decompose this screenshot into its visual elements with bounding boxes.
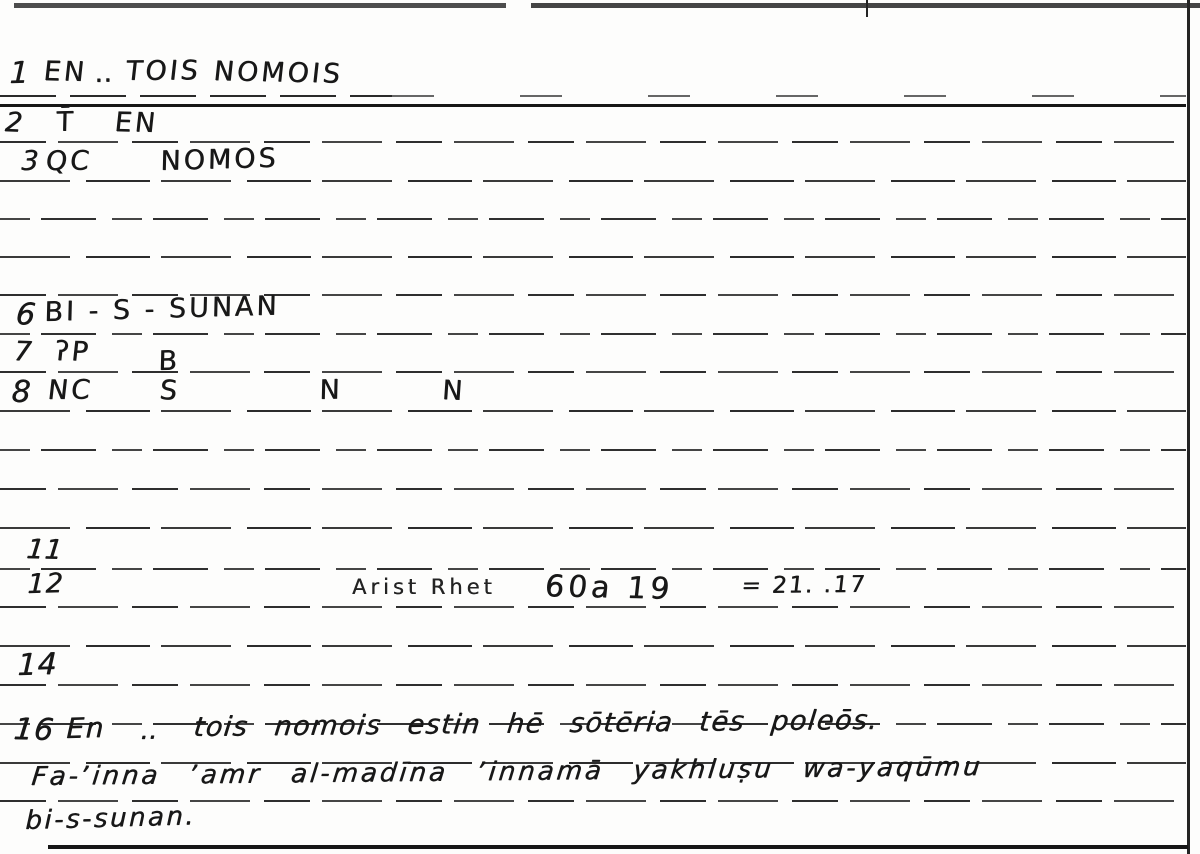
entry-row-14: 14 [0, 648, 1200, 686]
line-number: 7 [13, 336, 33, 368]
entry-row-6: 6 BI - S - SUNAN [0, 297, 1200, 337]
entry-row-1: 1 EN ‥ TOIS NOMOIS [0, 56, 1200, 100]
ruled-line [0, 645, 1186, 647]
greek-word: EN [113, 107, 160, 139]
citation-locus: 60a 19 [543, 569, 675, 607]
siglum: NC [46, 374, 95, 406]
arabic-sentence-line2: bi-s-sunan. [0, 806, 1200, 848]
ellipsis-mark: ‥ [140, 715, 160, 746]
scanned-index-card: 1 EN ‥ TOIS NOMOIS 2 T̄ EN 3 QC NOMOS 6 … [0, 0, 1200, 854]
entry-row-16: 16 En ‥ tois nomois estin hē sōtēria tēs… [0, 712, 1200, 756]
ruled-line [0, 527, 1186, 529]
line-number: 2 [4, 107, 24, 139]
entry-row-2: 2 T̄ EN [0, 107, 1200, 145]
siglum: N [319, 374, 343, 406]
line-number: 1 [9, 55, 30, 91]
top-border-segment [531, 3, 1200, 8]
top-border-segment [14, 3, 506, 8]
arabic-transliteration: BI - S - SUNAN [44, 290, 280, 328]
greek-headword: NOMOIS [212, 56, 344, 90]
entry-row-11: 11 [0, 534, 1200, 572]
arabic-transliteration-sentence: bi-s-sunan. [25, 801, 196, 836]
siglum: T̄ [56, 106, 76, 138]
line-number: 11 [25, 534, 65, 566]
siglum: B [158, 345, 180, 377]
cross-reference: = 21. .17 [740, 572, 868, 599]
siglum: ʔP [53, 336, 92, 368]
greek-headword: TOIS [124, 55, 202, 87]
ruled-line [0, 256, 1186, 258]
siglum: QC [44, 145, 94, 177]
entry-row-8: 8 NC S N N [0, 375, 1200, 415]
greek-sentence-start: En [66, 711, 105, 745]
entry-row-3: 3 QC NOMOS [0, 146, 1200, 184]
line-number: 6 [14, 297, 38, 332]
citation-author-work: Arist Rhet [352, 575, 496, 599]
greek-headword: EN [42, 56, 89, 88]
line-number: 3 [21, 145, 40, 177]
line-number: 14 [17, 647, 58, 683]
siglum: N [441, 375, 466, 407]
line-number: 16 [12, 712, 56, 748]
entry-row-7: 7 ʔP B [0, 336, 1200, 376]
top-border-tick [866, 0, 868, 17]
ruled-line [0, 488, 1186, 490]
siglum: S [158, 375, 181, 406]
greek-word: NOMOS [160, 143, 279, 177]
ruled-line [0, 218, 1186, 220]
line-number: 8 [11, 374, 32, 410]
entry-row-12: 12 Arist Rhet 60a 19 = 21. .17 [0, 569, 1200, 609]
arabic-transliteration-sentence: Fa-ʼinna ʼamr al-madīna ʼinnamā yakhluṣu… [30, 752, 984, 792]
ruled-line [0, 449, 1186, 451]
line-number: 12 [27, 568, 64, 600]
greek-sentence: tois nomois estin hē sōtēria tēs poleōs. [192, 705, 880, 743]
arabic-sentence-line1: Fa-ʼinna ʼamr al-madīna ʼinnamā yakhluṣu… [0, 762, 1200, 804]
ellipsis-mark: ‥ [94, 57, 116, 89]
